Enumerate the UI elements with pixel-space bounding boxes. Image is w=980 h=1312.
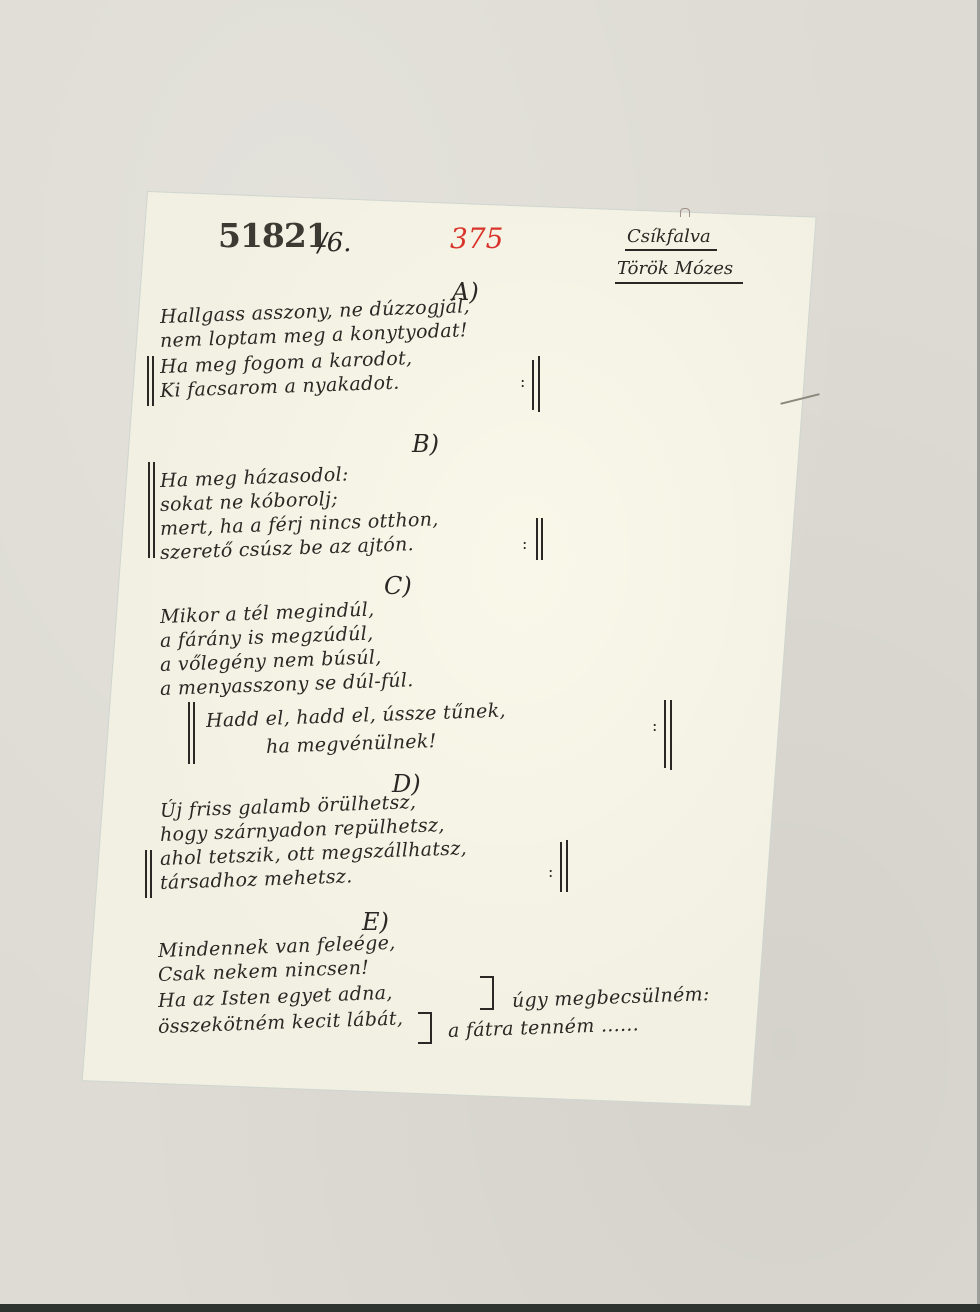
- tack-mark: [680, 208, 690, 217]
- red-catalog-number: 375: [450, 222, 503, 255]
- repeat-sign-close: [664, 700, 666, 768]
- repeat-sign-close: [560, 842, 562, 892]
- inventory-number: 51821: [218, 216, 328, 255]
- repeat-dots: :: [522, 534, 527, 553]
- bracket-mark: [480, 976, 494, 1010]
- repeat-sign-open: [188, 702, 190, 764]
- repeat-sign-close: [536, 518, 538, 560]
- repeat-sign-open: [147, 356, 149, 406]
- repeat-sign-open: [148, 462, 150, 558]
- bracket-mark: [418, 1012, 432, 1044]
- collector-name: Török Mózes: [615, 258, 743, 284]
- repeat-sign-open: [145, 850, 147, 898]
- repeat-sign-close: [532, 360, 534, 410]
- scan-border: [0, 1304, 980, 1312]
- repeat-dots: :: [548, 862, 553, 881]
- section-b-letter: B): [412, 430, 439, 458]
- place-name: Csíkfalva: [625, 226, 717, 251]
- repeat-dots: :: [520, 372, 525, 391]
- inventory-suffix: /6.: [318, 228, 352, 258]
- section-c-letter: C): [384, 572, 412, 600]
- repeat-dots: :: [652, 716, 657, 735]
